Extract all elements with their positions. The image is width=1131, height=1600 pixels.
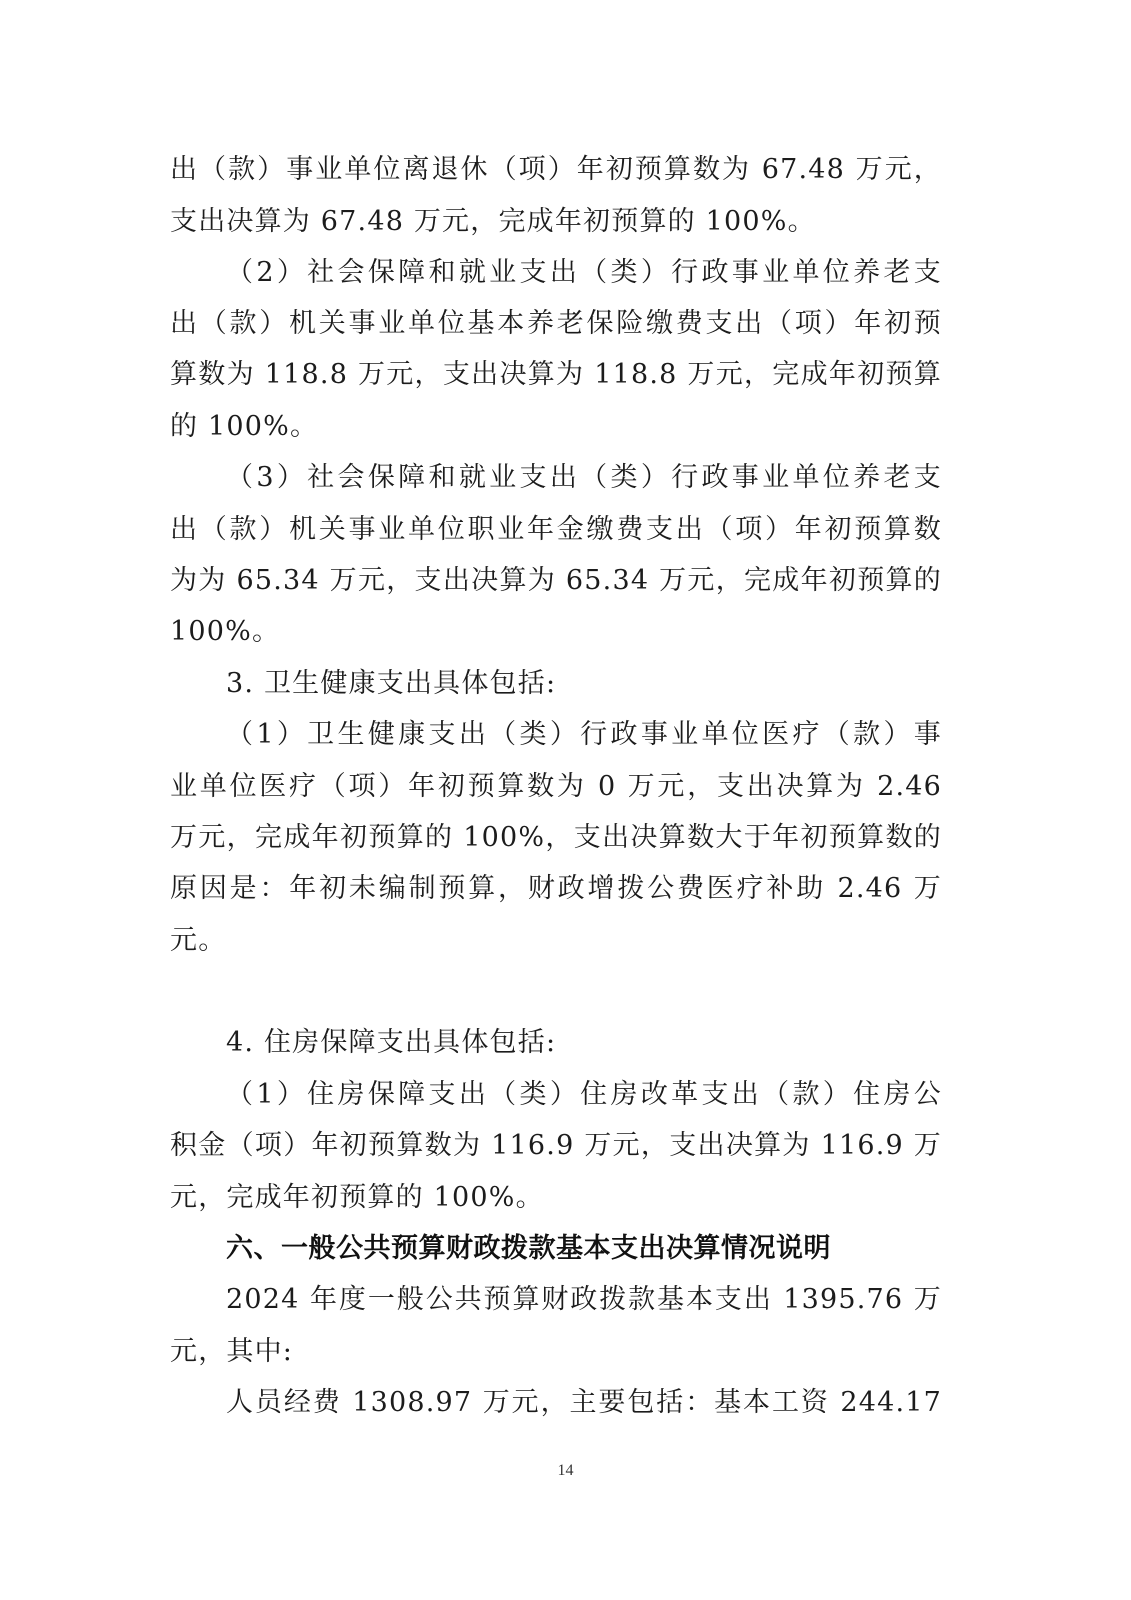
paragraph-line: （1）住房保障支出（类）住房改革支出（款）住房公 bbox=[226, 1075, 942, 1115]
page-number: 14 bbox=[0, 1462, 1131, 1480]
paragraph-line: 出（款）机关事业单位基本养老保险缴费支出（项）年初预 bbox=[170, 304, 942, 344]
paragraph-line: 为为 65.34 万元，支出决算为 65.34 万元，完成年初预算的 bbox=[170, 561, 942, 601]
subsection-title: 4. 住房保障支出具体包括: bbox=[226, 1023, 942, 1063]
paragraph-line: （1）卫生健康支出（类）行政事业单位医疗（款）事 bbox=[226, 715, 942, 755]
paragraph-line: 支出决算为 67.48 万元，完成年初预算的 100%。 bbox=[170, 202, 942, 242]
paragraph-line: 万元，完成年初预算的 100%，支出决算数大于年初预算数的 bbox=[170, 818, 942, 858]
paragraph-line: 出（款）事业单位离退休（项）年初预算数为 67.48 万元， bbox=[170, 150, 942, 190]
paragraph-line: 算数为 118.8 万元，支出决算为 118.8 万元，完成年初预算 bbox=[170, 355, 942, 395]
paragraph-line: （3）社会保障和就业支出（类）行政事业单位养老支 bbox=[226, 458, 942, 498]
paragraph-line: 人员经费 1308.97 万元，主要包括：基本工资 244.17 bbox=[226, 1383, 942, 1423]
paragraph-line: （2）社会保障和就业支出（类）行政事业单位养老支 bbox=[226, 253, 942, 293]
paragraph-line: 积金（项）年初预算数为 116.9 万元，支出决算为 116.9 万 bbox=[170, 1126, 942, 1166]
paragraph-line: 100%。 bbox=[170, 612, 942, 652]
paragraph-line: 2024 年度一般公共预算财政拨款基本支出 1395.76 万 bbox=[226, 1280, 942, 1320]
paragraph-line: 业单位医疗（项）年初预算数为 0 万元，支出决算为 2.46 bbox=[170, 767, 942, 807]
subsection-title: 3. 卫生健康支出具体包括: bbox=[226, 664, 942, 704]
paragraph-line: 出（款）机关事业单位职业年金缴费支出（项）年初预算数 bbox=[170, 510, 942, 550]
document-page: 出（款）事业单位离退休（项）年初预算数为 67.48 万元， 支出决算为 67.… bbox=[0, 0, 1131, 1600]
paragraph-line: 元，其中: bbox=[170, 1332, 942, 1372]
paragraph-line: 的 100%。 bbox=[170, 407, 942, 447]
paragraph-line: 原因是：年初未编制预算，财政增拨公费医疗补助 2.46 万 bbox=[170, 869, 942, 909]
paragraph-line: 元，完成年初预算的 100%。 bbox=[170, 1178, 942, 1218]
section-heading: 六、一般公共预算财政拨款基本支出决算情况说明 bbox=[226, 1229, 831, 1269]
paragraph-line: 元。 bbox=[170, 921, 942, 961]
